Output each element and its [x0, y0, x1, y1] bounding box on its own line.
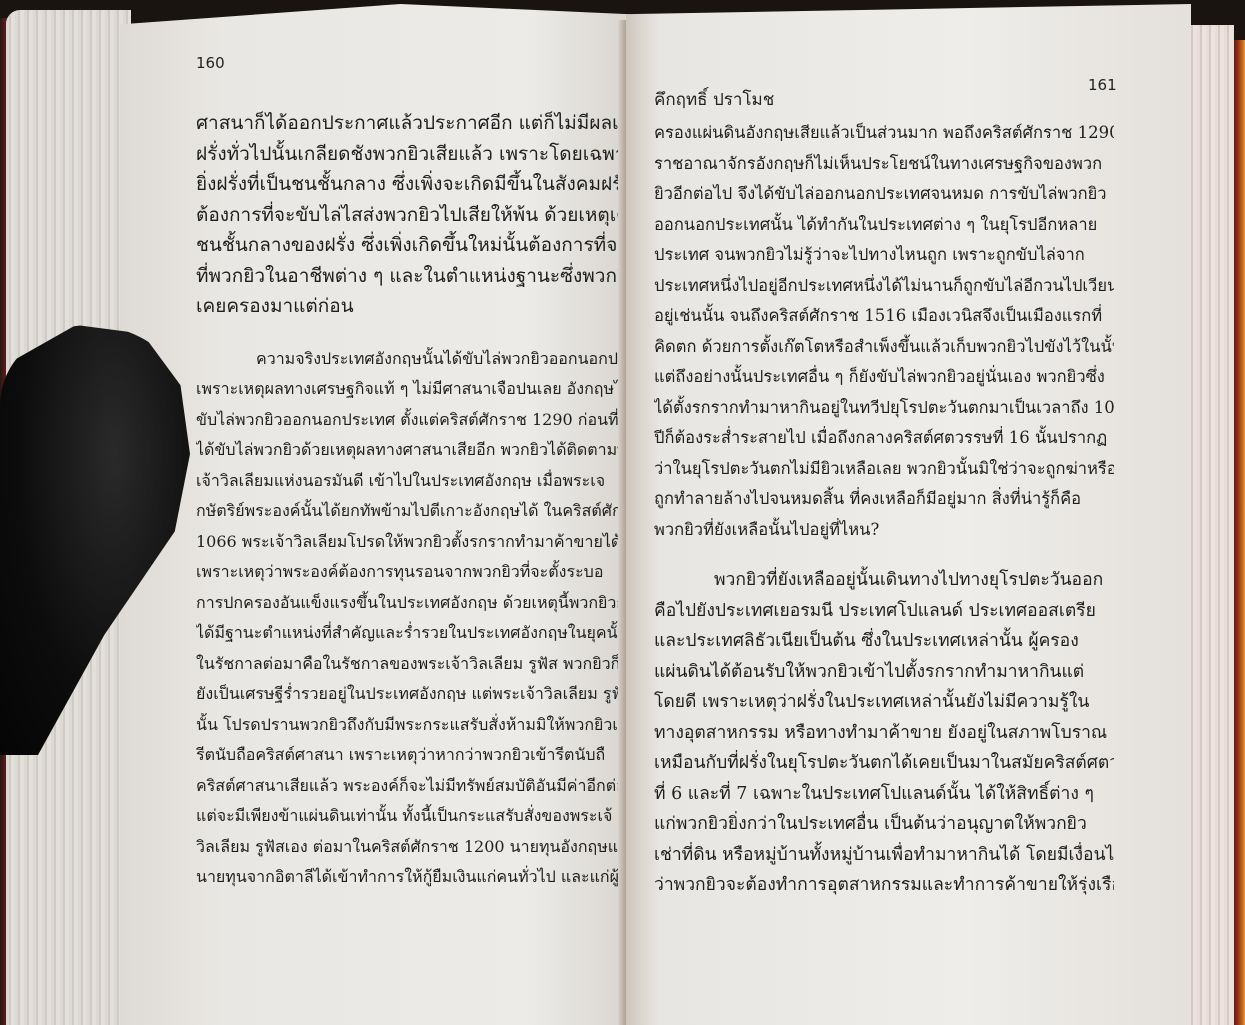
- text-line: ที่พวกยิวในอาชีพต่าง ๆ และในตำแหน่งฐานะซ…: [196, 261, 626, 292]
- text-line: ขับไล่พวกยิวออกนอกประเทศ ตั้งแต่คริสต์ศั…: [196, 405, 626, 436]
- text-line: 1066 พระเจ้าวิลเลียมโปรดให้พวกยิวตั้งรกร…: [196, 527, 626, 558]
- running-head-author: คึกฤทธิ์ ปราโมช: [654, 86, 774, 113]
- paragraph: ศาสนาก็ได้ออกประกาศแล้วประกาศอีก แต่ก็ไม…: [196, 108, 626, 322]
- text-line: วิลเลียม รูฟัสเอง ต่อมาในคริสต์ศักราช 12…: [196, 832, 626, 863]
- text-line: รีตนับถือคริสต์ศาสนา เพราะเหตุว่าหากว่าพ…: [196, 740, 626, 771]
- text-line: คิดตก ด้วยการตั้งเก๊ตโตหรือสำเพ็งขึ้นแล้…: [654, 332, 1114, 363]
- text-line: แต่จะมีเพียงข้าแผ่นดินเท่านั้น ทั้งนี้เป…: [196, 801, 626, 832]
- left-page-body: ศาสนาก็ได้ออกประกาศแล้วประกาศอีก แต่ก็ไม…: [196, 108, 626, 893]
- text-line: และประเทศลิธัวเนียเป็นต้น ซึ่งในประเทศเห…: [654, 626, 1114, 657]
- text-line: ต้องการที่จะขับไล่ไสส่งพวกยิวไปเสียให้พ้…: [196, 200, 626, 231]
- text-line: ชนชั้นกลางของฝรั่ง ซึ่งเพิ่งเกิดขึ้นใหม่…: [196, 230, 626, 261]
- text-line: เพราะเหตุว่าพระองค์ต้องการทุนรอนจากพวกยิ…: [196, 557, 626, 588]
- text-line: คือไปยังประเทศเยอรมนี ประเทศโปแลนด์ ประเ…: [654, 596, 1114, 627]
- right-page: 161 คึกฤทธิ์ ปราโมช ครองแผ่นดินอังกฤษเสี…: [626, 4, 1191, 1025]
- text-line: ยิวอีกต่อไป จึงได้ขับไล่ออกนอกประเทศจนหม…: [654, 179, 1114, 210]
- text-line: ราชอาณาจักรอังกฤษก็ไม่เห็นประโยชน์ในทางเ…: [654, 149, 1114, 180]
- text-line: ความจริงประเทศอังกฤษนั้นได้ขับไล่พวกยิวอ…: [196, 344, 626, 375]
- right-page-stack: [1188, 25, 1234, 1025]
- text-line: ฝรั่งทั่วไปนั้นเกลียดชังพวกยิวเสียแล้ว เ…: [196, 139, 626, 170]
- text-line: ที่ 6 และที่ 7 เฉพาะในประเทศโปแลนด์นั้น …: [654, 779, 1114, 810]
- left-page: 160 ศาสนาก็ได้ออกประกาศแล้วประกาศอีก แต่…: [120, 4, 630, 1025]
- text-line: ได้ขับไล่พวกยิวด้วยเหตุผลทางศาสนาเสียอีก…: [196, 435, 626, 466]
- text-line: เคยครองมาแต่ก่อน: [196, 291, 626, 322]
- page-number-left: 160: [196, 54, 225, 72]
- text-line: โดยดี เพราะเหตุว่าฝรั่งในประเทศเหล่านั้น…: [654, 687, 1114, 718]
- text-line: ออกนอกประเทศนั้น ได้ทำกันในประเทศต่าง ๆ …: [654, 210, 1114, 241]
- text-line: ได้มีฐานะตำแหน่งที่สำคัญและร่ำรวยในประเท…: [196, 618, 626, 649]
- text-line: เหมือนกับที่ฝรั่งในยุโรปตะวันตกได้เคยเป็…: [654, 748, 1114, 779]
- text-line: ทางอุตสาหกรรม หรือทางทำมาค้าขาย ยังอยู่ใ…: [654, 718, 1114, 749]
- text-line: การปกครองอันแข็งแรงขึ้นในประเทศอังกฤษ ด้…: [196, 588, 626, 619]
- page-number-right: 161: [1088, 76, 1117, 94]
- text-line: เพราะเหตุผลทางเศรษฐกิจแท้ ๆ ไม่มีศาสนาเจ…: [196, 374, 626, 405]
- text-line: ว่าพวกยิวจะต้องทำการอุตสาหกรรมและทำการค้…: [654, 870, 1114, 901]
- text-line: ในรัชกาลต่อมาคือในรัชกาลของพระเจ้าวิลเลี…: [196, 649, 626, 680]
- text-line: ปีก็ต้องระส่ำระสายไป เมื่อถึงกลางคริสต์ศ…: [654, 423, 1114, 454]
- text-line: คริสต์ศาสนาเสียแล้ว พระองค์ก็จะไม่มีทรัพ…: [196, 771, 626, 802]
- text-line: ยังเป็นเศรษฐีร่ำรวยอยู่ในประเทศอังกฤษ แต…: [196, 679, 626, 710]
- text-line: ศาสนาก็ได้ออกประกาศแล้วประกาศอีก แต่ก็ไม…: [196, 108, 626, 139]
- text-line: ครองแผ่นดินอังกฤษเสียแล้วเป็นส่วนมาก พอถ…: [654, 118, 1114, 149]
- text-line: นั้น โปรดปรานพวกยิวถึงกับมีพระกระแสรับสั…: [196, 710, 626, 741]
- text-line: เจ้าวิลเลียมแห่งนอรมันดี เข้าไปในประเทศอ…: [196, 466, 626, 497]
- text-line: แผ่นดินได้ต้อนรับให้พวกยิวเข้าไปตั้งรกรา…: [654, 657, 1114, 688]
- text-line: พวกยิวที่ยังเหลือนั้นไปอยู่ที่ไหน?: [654, 515, 1114, 546]
- text-line: ประเทศหนึ่งไปอยู่อีกประเทศหนึ่งได้ไม่นาน…: [654, 271, 1114, 302]
- paragraph: ความจริงประเทศอังกฤษนั้นได้ขับไล่พวกยิวอ…: [196, 344, 626, 893]
- text-line: ได้ตั้งรกรากทำมาหากินอยู่ในทวีปยุโรปตะวั…: [654, 393, 1114, 424]
- text-line: ประเทศ จนพวกยิวไม่รู้ว่าจะไปทางไหนถูก เพ…: [654, 240, 1114, 271]
- text-line: อยู่เช่นนั้น จนถึงคริสต์ศักราช 1516 เมือ…: [654, 301, 1114, 332]
- right-page-body: ครองแผ่นดินอังกฤษเสียแล้วเป็นส่วนมาก พอถ…: [654, 118, 1114, 901]
- text-line: พวกยิวที่ยังเหลืออยู่นั้นเดินทางไปทางยุโ…: [654, 565, 1114, 596]
- text-line: เช่าที่ดิน หรือหมู่บ้านทั้งหมู่บ้านเพื่อ…: [654, 840, 1114, 871]
- open-book-photo: 160 ศาสนาก็ได้ออกประกาศแล้วประกาศอีก แต่…: [0, 0, 1245, 1025]
- text-line: นายทุนจากอิตาลีได้เข้าทำการให้กู้ยืมเงิน…: [196, 862, 626, 893]
- text-line: ว่าในยุโรปตะวันตกไม่มียิวเหลือเลย พวกยิว…: [654, 454, 1114, 485]
- text-line: แก่พวกยิวยิ่งกว่าในประเทศอื่น เป็นต้นว่า…: [654, 809, 1114, 840]
- paragraph: พวกยิวที่ยังเหลืออยู่นั้นเดินทางไปทางยุโ…: [654, 565, 1114, 901]
- text-line: แต่ถึงอย่างนั้นประเทศอื่น ๆ ก็ยังขับไล่พ…: [654, 362, 1114, 393]
- text-line: ยิ่งฝรั่งที่เป็นชนชั้นกลาง ซึ่งเพิ่งจะเก…: [196, 169, 626, 200]
- text-line: ถูกทำลายล้างไปจนหมดสิ้น ที่คงเหลือก็มีอย…: [654, 484, 1114, 515]
- paragraph: ครองแผ่นดินอังกฤษเสียแล้วเป็นส่วนมาก พอถ…: [654, 118, 1114, 545]
- text-line: กษัตริย์พระองค์นั้นได้ยกทัพข้ามไปตีเกาะอ…: [196, 496, 626, 527]
